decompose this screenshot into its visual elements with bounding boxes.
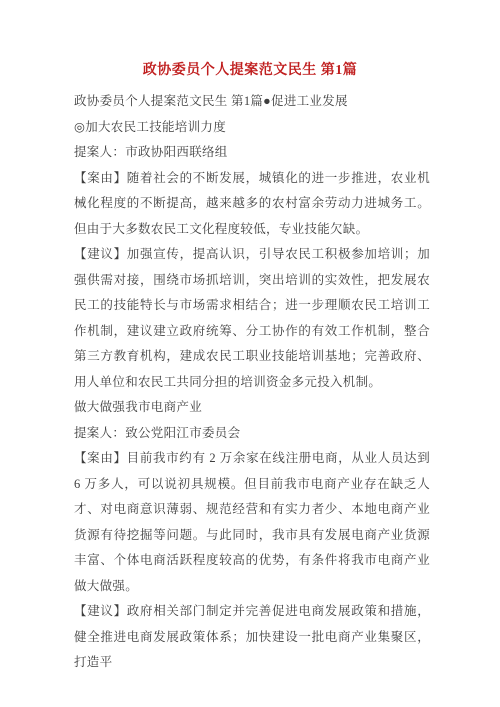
paragraph: 做大做强我市电商产业 xyxy=(74,395,430,421)
document-title: 政协委员个人提案范文民生 第1篇 xyxy=(0,0,500,84)
paragraph: 【案由】目前我市约有 2 万余家在线注册电商，从业人员达到 6 万多人，可以说初… xyxy=(74,446,430,599)
paragraph: 【案由】随着社会的不断发展，城镇化的进一步推进，农业机械化程度的不断提高，越来越… xyxy=(74,166,430,243)
paragraph: 提案人：市政协阳西联络组 xyxy=(74,140,430,166)
paragraph: ◎加大农民工技能培训力度 xyxy=(74,115,430,141)
paragraph: 政协委员个人提案范文民生 第1篇●促进工业发展 xyxy=(74,89,430,115)
paragraph: 【建议】政府相关部门制定并完善促进电商发展政策和措施，健全推进电商发展政策体系；… xyxy=(74,599,430,676)
paragraph: 【建议】加强宣传，提高认识，引导农民工积极参加培训；加强供需对接，围绕市场抓培训… xyxy=(74,242,430,395)
document-body: 政协委员个人提案范文民生 第1篇●促进工业发展◎加大农民工技能培训力度提案人：市… xyxy=(0,89,500,676)
paragraph: 提案人：致公党阳江市委员会 xyxy=(74,421,430,447)
document-page: 政协委员个人提案范文民生 第1篇 政协委员个人提案范文民生 第1篇●促进工业发展… xyxy=(0,0,500,707)
